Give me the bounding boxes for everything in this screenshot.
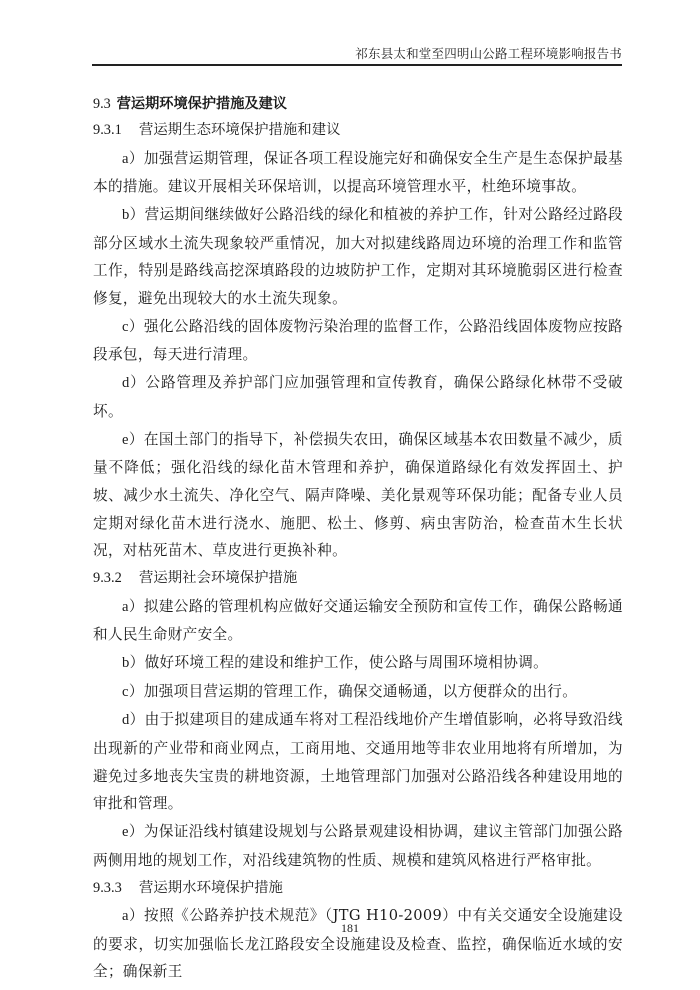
paragraph: d）公路管理及养护部门应加强管理和宣传教育，确保公路绿化林带不受破坏。: [93, 369, 623, 425]
paragraph: b）营运期间继续做好公路沿线的绿化和植被的养护工作，针对公路经过路段部分区域水土…: [93, 201, 623, 313]
item-marker: a）: [122, 151, 144, 167]
item-marker: c）: [122, 684, 144, 700]
subsection-number: 9.3.3: [93, 875, 139, 903]
subsection-number: 9.3.1: [93, 117, 139, 145]
header-divider: [92, 64, 622, 66]
running-header: 祁东县太和堂至四明山公路工程环境影响报告书: [92, 44, 622, 64]
paragraph: b）做好环境工程的建设和维护工作，使公路与周围环境相协调。: [93, 649, 623, 678]
page-number: 181: [0, 921, 700, 936]
paragraph-text: 加强营运期管理，保证各项工程设施完好和确保安全生产是生态保护最基本的措施。建议开…: [93, 150, 623, 196]
subsection-heading-9-3-2: 9.3.2营运期社会环境保护措施: [93, 565, 623, 593]
paragraph: c）强化公路沿线的固体废物污染治理的监督工作，公路沿线固体废物应按路段承包，每天…: [93, 313, 623, 369]
paragraph: d）由于拟建项目的建成通车将对工程沿线地价产生增值影响，必将导致沿线出现新的产业…: [93, 706, 623, 818]
subsection-title: 营运期水环境保护措施: [139, 880, 283, 896]
paragraph: a）加强营运期管理，保证各项工程设施完好和确保安全生产是生态保护最基本的措施。建…: [93, 145, 623, 201]
paragraph-text: 做好环境工程的建设和维护工作，使公路与周围环境相协调。: [145, 654, 548, 671]
paragraph-text: 在国土部门的指导下，补偿损失农田，确保区域基本农田数量不减少，质量不降低；强化沿…: [93, 431, 623, 560]
paragraph-text: 由于拟建项目的建成通车将对工程沿线地价产生增值影响，必将导致沿线出现新的产业带和…: [93, 711, 623, 812]
paragraph-text: 营运期间继续做好公路沿线的绿化和植被的养护工作，针对公路经过路段部分区域水土流失…: [93, 206, 623, 307]
paragraph-text: 强化公路沿线的固体废物污染治理的监督工作，公路沿线固体废物应按路段承包，每天进行…: [93, 318, 623, 364]
item-marker: b）: [122, 655, 145, 671]
paragraph-text: 为保证沿线村镇建设规划与公路景观建设相协调，建议主管部门加强公路两侧用地的规划工…: [93, 823, 623, 869]
subsection-title: 营运期生态环境保护措施和建议: [139, 122, 340, 138]
item-marker: d）: [122, 712, 145, 728]
section-heading: 9.3营运期环境保护措施及建议: [93, 91, 623, 117]
paragraph: e）在国土部门的指导下，补偿损失农田，确保区域基本农田数量不减少，质量不降低；强…: [93, 426, 623, 566]
paragraph: e）为保证沿线村镇建设规划与公路景观建设相协调，建议主管部门加强公路两侧用地的规…: [93, 818, 623, 874]
paragraph: a）拟建公路的管理机构应做好交通运输安全预防和宣传工作，确保公路畅通和人民生命财…: [93, 593, 623, 649]
paragraph-text: 按照《公路养护技术规范》（JTG H10-2009）中有关交通安全设施建设的要求…: [93, 907, 623, 980]
section-title: 营运期环境保护措施及建议: [117, 96, 287, 112]
paragraph-text: 加强项目营运期的管理工作，确保交通畅通，以方便群众的出行。: [144, 683, 577, 700]
subsection-heading-9-3-3: 9.3.3营运期水环境保护措施: [93, 875, 623, 903]
subsection-number: 9.3.2: [93, 565, 139, 593]
subsection-heading-9-3-1: 9.3.1营运期生态环境保护措施和建议: [93, 117, 623, 145]
paragraph: c）加强项目营运期的管理工作，确保交通畅通，以方便群众的出行。: [93, 678, 623, 707]
item-marker: e）: [122, 432, 144, 448]
item-marker: c）: [122, 319, 144, 335]
section-number: 9.3: [93, 96, 111, 112]
paragraph-text: 拟建公路的管理机构应做好交通运输安全预防和宣传工作，确保公路畅通和人民生命财产安…: [93, 598, 623, 644]
item-marker: e）: [122, 824, 144, 840]
paragraph-text: 公路管理及养护部门应加强管理和宣传教育，确保公路绿化林带不受破坏。: [93, 374, 623, 420]
item-marker: a）: [122, 599, 144, 615]
item-marker: b）: [122, 207, 145, 223]
item-marker: d）: [122, 375, 146, 391]
paragraph: a）按照《公路养护技术规范》（JTG H10-2009）中有关交通安全设施建设的…: [93, 902, 623, 986]
subsection-title: 营运期社会环境保护措施: [139, 570, 297, 586]
page-body: 9.3营运期环境保护措施及建议 9.3.1营运期生态环境保护措施和建议 a）加强…: [93, 91, 623, 986]
